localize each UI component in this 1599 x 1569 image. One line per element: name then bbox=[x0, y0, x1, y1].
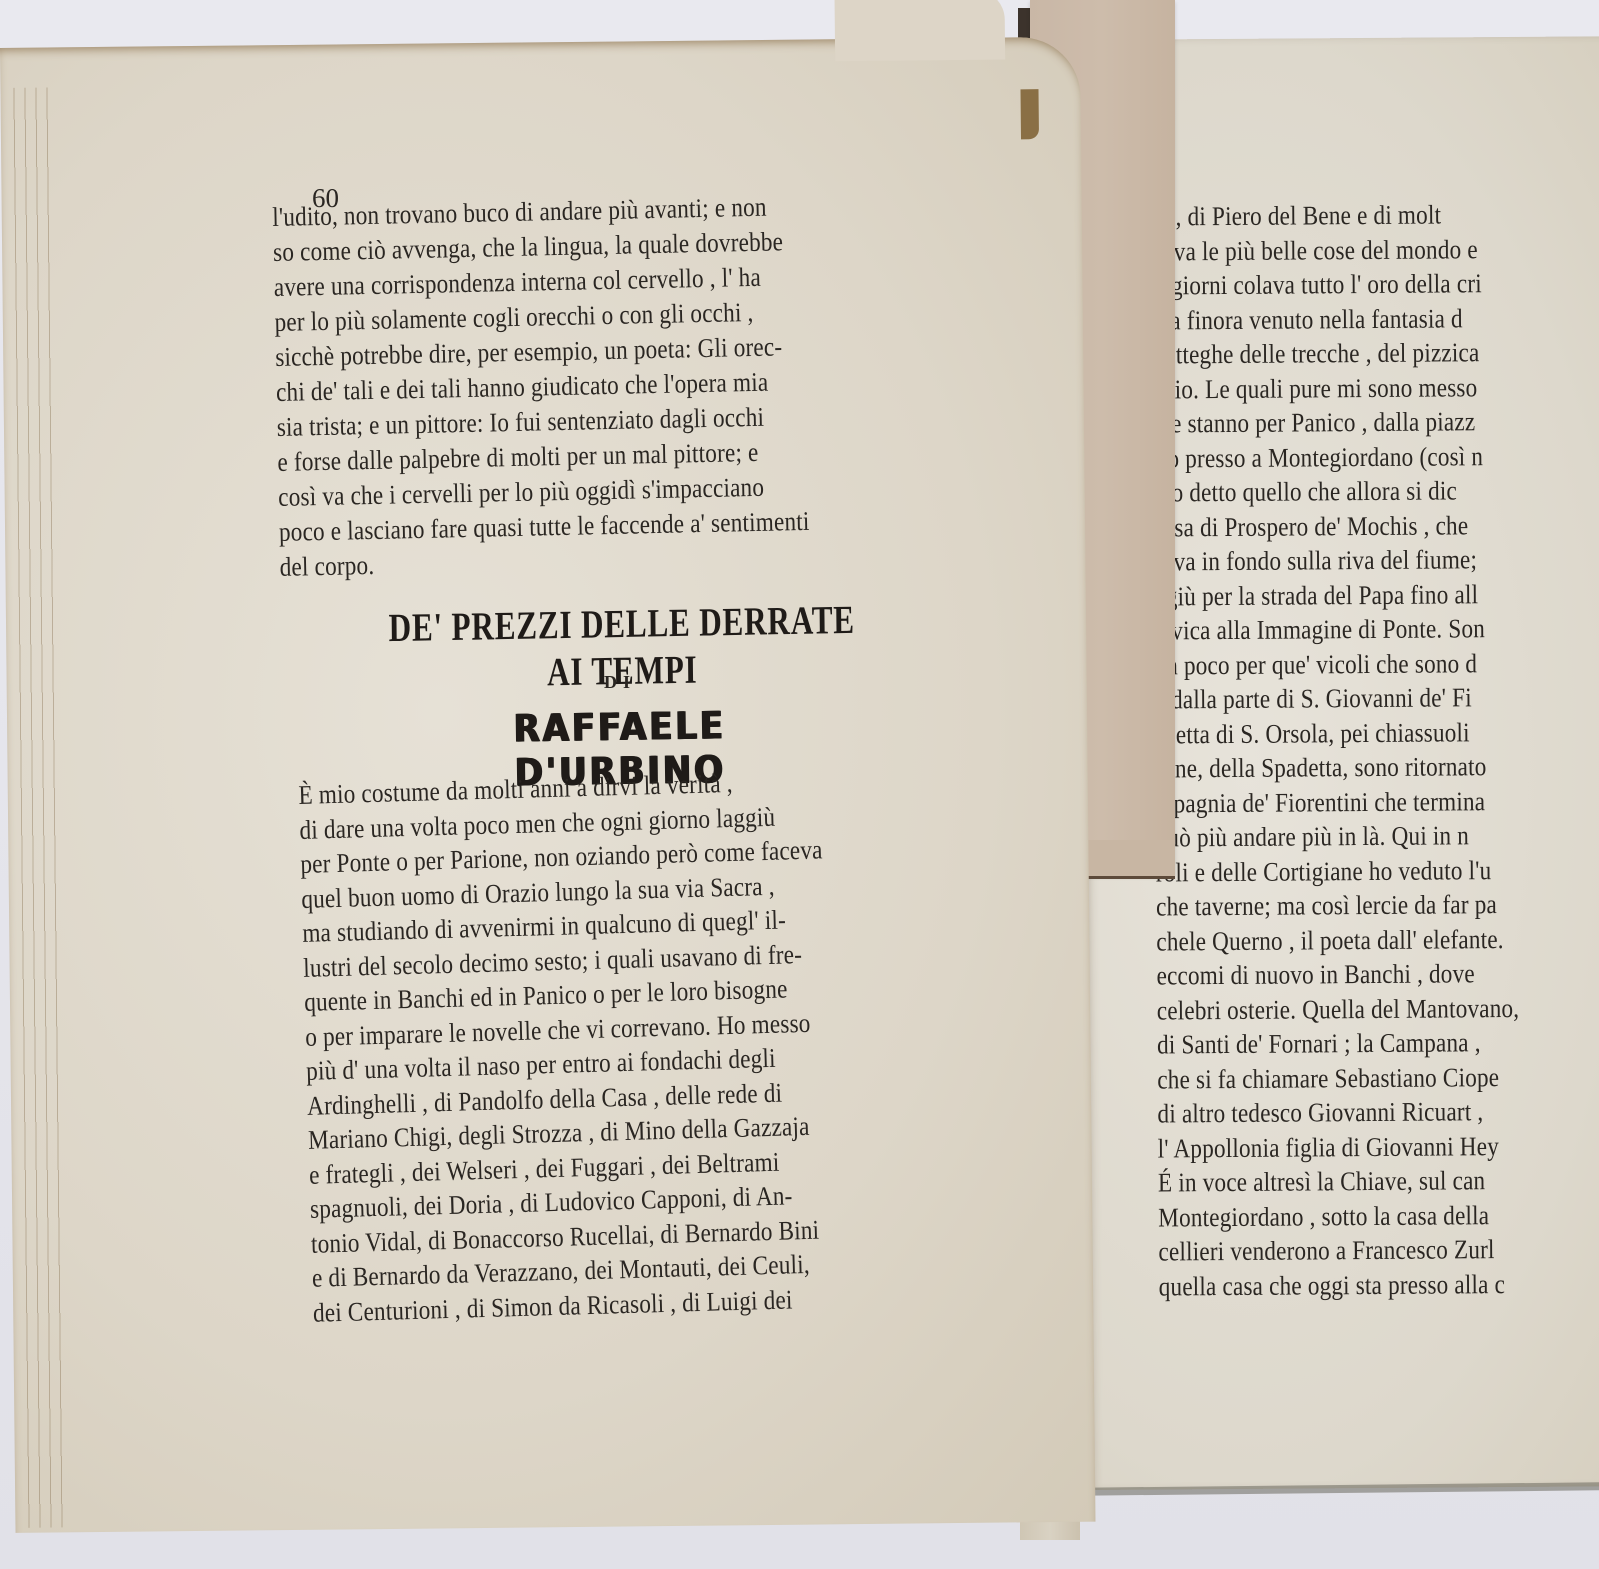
text-line: iavica alla Immagine di Ponte. Son bbox=[1154, 611, 1517, 648]
right-page-text: di , di Piero del Bene e di moltdeva le … bbox=[1151, 197, 1580, 1304]
text-line: nte stanno per Panico , dalla piazz bbox=[1153, 404, 1516, 441]
text-line: , giù per la strada del Papa fino all bbox=[1154, 576, 1517, 613]
intro-paragraph: l'udito, non trovano buco di andare più … bbox=[272, 187, 897, 585]
text-line: l' Appollonia figlia di Giovanni Hey bbox=[1158, 1128, 1521, 1165]
text-line: lline, della Spadetta, sono ritornato bbox=[1155, 749, 1518, 786]
text-line: ttiva in fondo sulla riva del fiume; bbox=[1154, 542, 1517, 579]
text-line: cellieri venderono a Francesco Zurl bbox=[1158, 1232, 1521, 1269]
text-line: rlo presso a Montegiordano (così n bbox=[1153, 438, 1516, 475]
text-line: che si fa chiamare Sebastiano Ciope bbox=[1157, 1059, 1520, 1096]
text-line: può più andare più in là. Qui in n bbox=[1155, 818, 1518, 855]
text-line: di , di Piero del Bene e di molt bbox=[1151, 197, 1514, 234]
text-line: quella casa che oggi sta presso alla c bbox=[1159, 1266, 1522, 1303]
text-line: naio. Le quali pure mi sono messo bbox=[1152, 369, 1515, 406]
text-line: botteghe delle trecche , del pizzica bbox=[1152, 335, 1515, 372]
text-line: roli e delle Cortigiane ho veduto l'u bbox=[1156, 852, 1519, 889]
text-line: di Santi de' Fornari ; la Campana , bbox=[1157, 1025, 1520, 1062]
text-line: sso detto quello che allora si dic bbox=[1153, 473, 1516, 510]
page-top-flap bbox=[834, 0, 1005, 61]
text-line: Montegiordano , sotto la casa della bbox=[1158, 1197, 1521, 1234]
text-line: eccomi di nuovo in Banchi , dove bbox=[1156, 956, 1519, 993]
text-line: di altro tedesco Giovanni Ricuart , bbox=[1157, 1094, 1520, 1131]
stacked-page-edges bbox=[8, 87, 63, 1527]
text-line: chele Querno , il poeta dall' elefante. bbox=[1156, 921, 1519, 958]
text-line: deva le più belle cose del mondo e bbox=[1151, 231, 1514, 268]
text-line: celebri osterie. Quella del Mantovano, bbox=[1157, 990, 1520, 1027]
text-line: casa di Prospero de' Mochis , che bbox=[1153, 507, 1516, 544]
fold-stain bbox=[1020, 89, 1039, 139]
text-line: mpagnia de' Fiorentini che termina bbox=[1155, 783, 1518, 820]
text-line: un poco per que' vicoli che sono d bbox=[1154, 645, 1517, 682]
text-line: ti giorni colava tutto l' oro della cri bbox=[1152, 266, 1515, 303]
text-line: è dalla parte di S. Giovanni de' Fi bbox=[1154, 680, 1517, 717]
text-line: zzetta di S. Orsola, pei chiassuoli bbox=[1155, 714, 1518, 751]
text-line: era finora venuto nella fantasia d bbox=[1152, 300, 1515, 337]
article-title-di: DI bbox=[560, 672, 680, 693]
text-line: É in voce altresì la Chiave, sul can bbox=[1158, 1163, 1521, 1200]
body-paragraph: È mio costume da molti anni a dirvi la v… bbox=[298, 761, 921, 1330]
text-line: che taverne; ma così lercie da far pa bbox=[1156, 887, 1519, 924]
